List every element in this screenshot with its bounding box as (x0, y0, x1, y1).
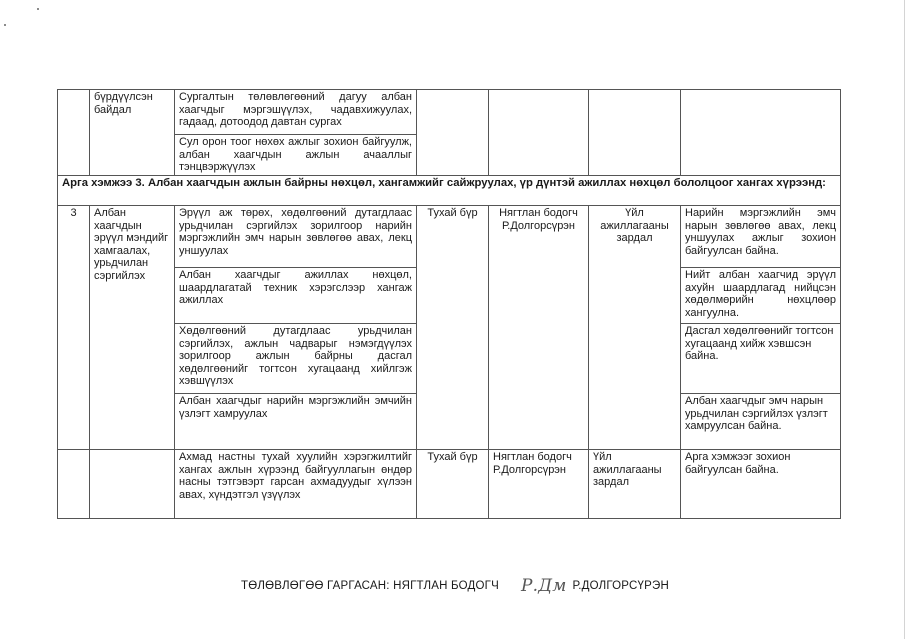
action-cell: Албан хаагчдыг нарийн мэргэжлийн эмчийн … (175, 394, 417, 450)
action-cell: Сул орон тоог нөхөх ажлыг зохион байгуул… (175, 135, 417, 176)
table-row: 3 Албан хаагчдын эрүүл мэндийг хамгаалах… (58, 206, 841, 268)
row-index-cell (58, 450, 90, 519)
scan-speck (4, 24, 6, 26)
table-row: Ахмад настны тухай хуулийн хэрэгжилтийг … (58, 450, 841, 519)
scan-edge-line (904, 0, 905, 639)
scan-speck (37, 8, 39, 10)
deadline-cell: Тухай бүр (417, 450, 489, 519)
result-cell: Нийт албан хаагчид эрүүл ахуйн шаардлага… (681, 268, 841, 324)
row-index-cell: 3 (58, 206, 90, 450)
responsible-cell (489, 90, 589, 176)
deadline-cell: Тухай бүр (417, 206, 489, 450)
signature-line: ТӨЛӨВЛӨГӨӨ ГАРГАСАН: НЯГТЛАН БОДОГЧ Р.Дм… (241, 576, 669, 596)
action-cell: Ахмад настны тухай хуулийн хэрэгжилтийг … (175, 450, 417, 519)
responsible-cell: Нягтлан бодогч Р.Долгорсүрэн (489, 450, 589, 519)
result-cell: Нарийн мэргэжлийн эмч нарын зөвлөгөө ава… (681, 206, 841, 268)
result-cell (681, 90, 841, 176)
action-cell: Хөдөлгөөний дутагдлаас урьдчилан сэргийл… (175, 324, 417, 394)
result-cell: Албан хаагчдыг эмч нарын урьдчилан сэрги… (681, 394, 841, 450)
funding-cell (589, 90, 681, 176)
action-cell: Эрүүл аж төрөх, хөдөлгөөний дутагдлаас у… (175, 206, 417, 268)
result-cell: Дасгал хөдөлгөөнийг тогтсон хугацаанд хи… (681, 324, 841, 394)
section-heading: Арга хэмжээ 3. Албан хаагчдын ажлын байр… (58, 176, 841, 206)
action-cell: Албан хаагчдыг ажиллах нөхцөл, шаардлага… (175, 268, 417, 324)
funding-cell: Үйл ажиллагааны зардал (589, 450, 681, 519)
action-cell: Сургалтын төлөвлөгөөний дагуу албан хааг… (175, 90, 417, 135)
funding-cell: Үйл ажиллагааны зардал (589, 206, 681, 450)
section-heading-row: Арга хэмжээ 3. Албан хаагчдын ажлын байр… (58, 176, 841, 206)
deadline-cell (417, 90, 489, 176)
prepared-by-label: ТӨЛӨВЛӨГӨӨ ГАРГАСАН: НЯГТЛАН БОДОГЧ (241, 580, 499, 592)
table-row: бүрдүүлсэн байдал Сургалтын төлөвлөгөөни… (58, 90, 841, 135)
row-index-cell (58, 90, 90, 176)
goal-cell: бүрдүүлсэн байдал (90, 90, 175, 176)
goal-cell: Албан хаагчдын эрүүл мэндийг хамгаалах, … (90, 206, 175, 450)
handwritten-signature: Р.Дм (521, 576, 567, 596)
responsible-cell: Нягтлан бодогч Р.Долгорсүрэн (489, 206, 589, 450)
action-plan-table: бүрдүүлсэн байдал Сургалтын төлөвлөгөөни… (57, 89, 841, 519)
goal-cell (90, 450, 175, 519)
result-cell: Арга хэмжээг зохион байгуулсан байна. (681, 450, 841, 519)
signatory-name: Р.ДОЛГОРСҮРЭН (573, 580, 669, 592)
